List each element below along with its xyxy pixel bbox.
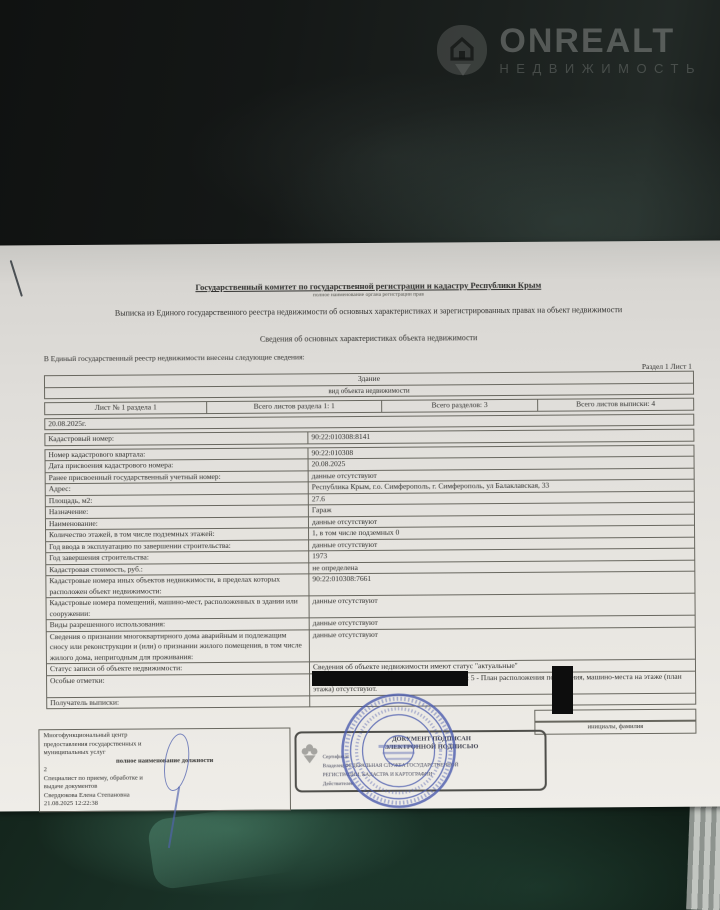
watermark-text: ONREALT НЕДВИЖИМОСТЬ — [499, 24, 702, 76]
onrealt-watermark: ONREALT НЕДВИЖИМОСТЬ — [437, 24, 702, 76]
date-line: 20.08.2025г. — [45, 414, 694, 430]
round-seal-stamp-icon — [336, 688, 461, 813]
row-label: Сведения о признании многоквартирного до… — [46, 629, 309, 663]
date-row-table: 20.08.2025г. — [44, 413, 694, 430]
paper-sheet: Государственный комитет по государственн… — [0, 240, 720, 811]
row-label: Кадастровые номера помещений, машино-мес… — [46, 596, 309, 620]
table-row: Сведения о признании многоквартирного до… — [46, 627, 695, 664]
characteristics-table: Номер кадастрового квартала:90:22:010308… — [44, 444, 696, 709]
radiator-strip — [686, 805, 720, 910]
watermark-tagline: НЕДВИЖИМОСТЬ — [499, 61, 702, 76]
sheet-info-cell: Лист № 1 раздела 1 — [45, 402, 207, 415]
initials-caption: инициалы, фамилия — [534, 720, 696, 735]
photo-of-document: ONREALT НЕДВИЖИМОСТЬ Государственный ком… — [0, 0, 720, 910]
cadastral-number-table: Кадастровый номер: 90:22:010308:8141 — [44, 429, 694, 446]
sheet-info-cell: Всего разделов: 3 — [382, 399, 538, 412]
signature-area: инициалы, фамилия Многофункциональный це… — [46, 709, 697, 822]
row-label: Получатель выписки: — [47, 695, 310, 708]
document-title: Выписка из Единого государственного реес… — [43, 305, 693, 319]
coat-of-arms-icon — [301, 741, 319, 765]
sheet-info-table: Лист № 1 раздела 1 Всего листов раздела … — [44, 398, 694, 415]
signature-timestamp: 21.08.2025 12:22:38 — [44, 799, 286, 809]
dark-background: ONREALT НЕДВИЖИМОСТЬ — [0, 0, 720, 260]
sheet-info-cell: Всего листов раздела 1: 1 — [207, 400, 382, 413]
row-value: 90:22:010308:7661 — [309, 571, 695, 596]
house-icon — [448, 35, 476, 63]
document-content: Государственный комитет по государственн… — [43, 279, 697, 822]
redaction-bar-vertical — [552, 666, 573, 714]
intro-line: В Единый государственный реестр недвижим… — [44, 350, 694, 364]
row-label: Особые отметки: — [47, 673, 310, 697]
document-subtitle: Сведения об основных характеристиках объ… — [44, 332, 694, 346]
pen-mark — [10, 260, 23, 297]
house-pin-icon — [437, 25, 487, 75]
row-value: данные отсутствуют — [309, 627, 695, 662]
sheet-info-cell: Всего листов выписки: 4 — [538, 398, 694, 411]
watermark-brand: ONREALT — [499, 24, 675, 58]
row-value: 90:22:010308:8141 — [308, 429, 694, 443]
redaction-bar-horizontal — [312, 671, 468, 686]
object-type-table: Здание вид объекта недвижимости — [44, 371, 694, 400]
row-label: Кадастровые номера иных объектов недвижи… — [46, 574, 309, 598]
row-value: данные отсутствуют — [309, 593, 695, 618]
row-label: Кадастровый номер: — [45, 432, 308, 445]
